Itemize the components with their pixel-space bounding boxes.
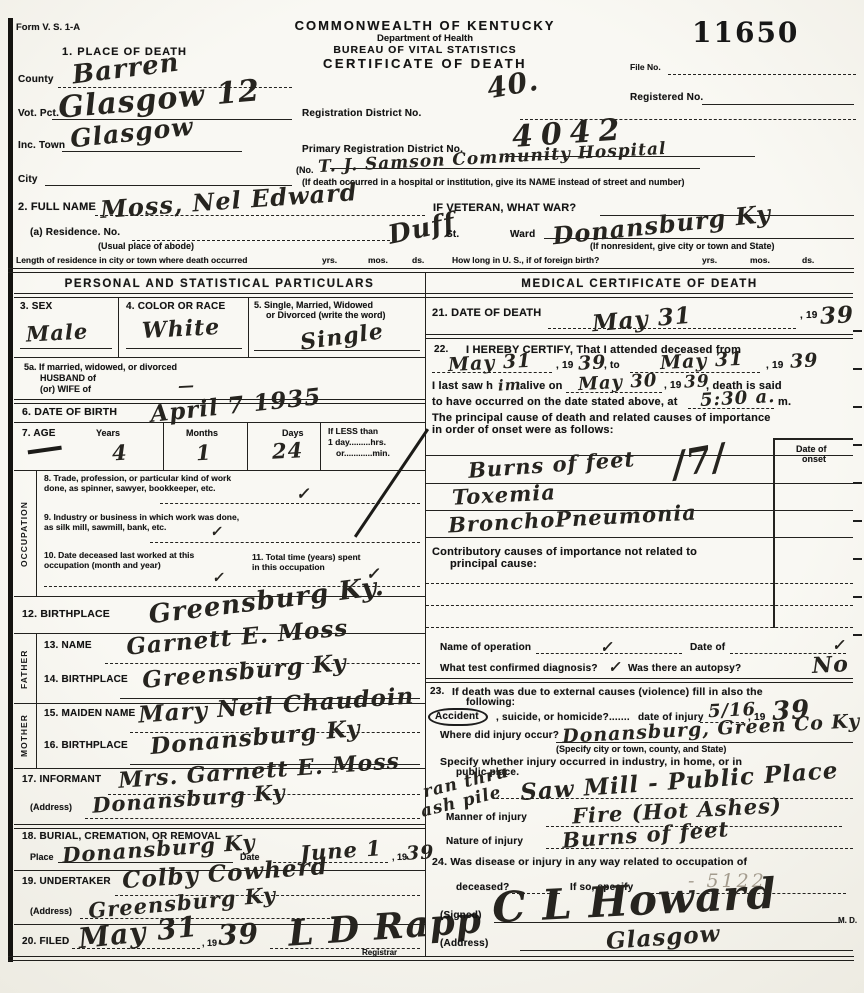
hospital-note: (If death occurred in a hospital or inst… xyxy=(302,177,685,187)
contributory-label-2: principal cause: xyxy=(450,558,537,570)
city-label: City xyxy=(18,174,38,185)
certificate-serial-number: 11650 xyxy=(692,16,799,49)
vot-pct-label: Vot. Pct. xyxy=(18,108,59,119)
father-side-label: FATHER xyxy=(19,645,29,693)
where-injury-note: (Specify city or town, county, and State… xyxy=(556,744,726,754)
certify-y19-c: , 19 xyxy=(664,380,681,391)
sex-label: 3. SEX xyxy=(20,301,52,312)
length-residence-label: Length of residence in city or town wher… xyxy=(16,255,247,265)
certify-line-3b: m. xyxy=(778,396,791,408)
personal-section-title: PERSONAL AND STATISTICAL PARTICULARS xyxy=(14,278,425,290)
left-border-bar xyxy=(8,18,13,962)
section-double-rule xyxy=(8,268,854,273)
burial-year-prefix: , 19 xyxy=(392,852,407,862)
occupation-side-label: OCCUPATION xyxy=(19,482,29,586)
physician-addr-line xyxy=(520,950,853,951)
header-center: COMMONWEALTH OF KENTUCKY Department of H… xyxy=(275,18,575,71)
q10-check: ✓ xyxy=(212,570,226,587)
row7-bottom xyxy=(14,470,425,471)
scan-edge-marks xyxy=(853,330,862,650)
mother-bp-label: 16. BIRTHPLACE xyxy=(44,740,128,751)
q8-check: ✓ xyxy=(296,484,311,504)
burial-year-value: 39 xyxy=(405,841,435,864)
autopsy-value: No xyxy=(811,651,849,679)
certify-from-line xyxy=(432,372,552,373)
street-label: St. xyxy=(446,229,459,240)
age-label: 7. AGE xyxy=(22,428,56,439)
accident-word: Accident xyxy=(428,708,488,726)
physician-md-suffix: M. D. xyxy=(838,916,857,925)
contributory-line-2 xyxy=(426,605,853,606)
row5-bottom xyxy=(14,357,425,358)
external-number: 23. xyxy=(430,686,445,697)
nature-line xyxy=(546,848,853,849)
birthplace-label: 12. BIRTHPLACE xyxy=(22,608,110,620)
ds-label-1: ds. xyxy=(412,255,424,265)
age-divider-2 xyxy=(247,423,248,470)
form-number: Form V. S. 1-A xyxy=(16,22,80,33)
county-label: County xyxy=(18,74,54,85)
veteran-label: IF VETERAN, WHAT WAR? xyxy=(433,202,576,214)
operation-date-label: Date of xyxy=(690,642,725,653)
where-injury-label: Where did injury occur? xyxy=(440,730,559,741)
age-less-label-3: or............min. xyxy=(336,448,390,458)
certify-line-4: The principal cause of death and related… xyxy=(432,412,771,424)
spouse-label-3: (or) WIFE of xyxy=(40,384,91,394)
undertaker-addr-label: (Address) xyxy=(30,906,72,916)
q8-line xyxy=(160,503,420,504)
age-divider-3 xyxy=(320,423,321,470)
date-of-birth-label: 6. DATE OF BIRTH xyxy=(22,406,117,418)
q11-label: 11. Total time (years) spent in this occ… xyxy=(252,552,362,572)
nonresident-note: (If nonresident, give city or town and S… xyxy=(590,241,775,251)
row6-bottom xyxy=(14,422,425,423)
abode-note: (Usual place of abode) xyxy=(98,241,194,251)
age-divider-1 xyxy=(163,423,164,470)
certify-line-3: to have occurred on the date stated abov… xyxy=(432,396,678,408)
informant-addr-label: (Address) xyxy=(30,802,72,812)
personal-title-rule xyxy=(14,293,425,298)
registered-no-label: Registered No. xyxy=(630,92,703,103)
age-less-label-2: 1 day.........hrs. xyxy=(328,437,386,447)
date-of-death-value: May 31 xyxy=(591,302,693,338)
father-bp-label: 14. BIRTHPLACE xyxy=(44,674,128,685)
informant-addr-line xyxy=(85,818,420,819)
contributory-line-3 xyxy=(426,627,853,628)
physician-addr-label: (Address) xyxy=(440,938,488,949)
q8-label: 8. Trade, profession, or particular kind… xyxy=(44,473,244,493)
yrs-label-2: yrs. xyxy=(702,255,717,265)
onset-box-top xyxy=(773,438,853,440)
q9-check: ✓ xyxy=(210,524,224,541)
row21-bottom xyxy=(426,334,853,339)
nature-label: Nature of injury xyxy=(446,836,523,847)
operation-label: Name of operation xyxy=(440,642,531,653)
hospital-no-prefix: (No. xyxy=(296,165,314,175)
inc-town-line xyxy=(62,151,242,152)
occupation-bar xyxy=(36,470,37,596)
cause-1: Burns of feet xyxy=(467,446,636,483)
marital-label-1: 5. Single, Married, Widowed xyxy=(254,300,373,310)
ward-label: Ward xyxy=(510,229,535,240)
filed-date-line xyxy=(72,948,200,949)
commonwealth-title: COMMONWEALTH OF KENTUCKY xyxy=(275,18,575,33)
certify-y39-a: 39 xyxy=(577,351,607,374)
race-line xyxy=(126,348,242,349)
certify-y39-b: 39 xyxy=(789,349,819,372)
spouse-label-1: 5a. If married, widowed, or divorced xyxy=(24,362,177,372)
race-value: White xyxy=(141,314,220,344)
registrar-label: Registrar xyxy=(362,948,397,957)
informant-bottom xyxy=(14,824,425,829)
onset-box-left xyxy=(773,438,775,628)
burial-place-label: Place xyxy=(30,852,54,862)
autopsy-bottom xyxy=(426,678,853,683)
spouse-label-2: HUSBAND of xyxy=(40,373,96,383)
race-label: 4. COLOR OR RACE xyxy=(126,301,225,312)
registrar-line xyxy=(270,948,420,949)
death-certificate-scan: Form V. S. 1-A 1. PLACE OF DEATH COMMONW… xyxy=(0,0,864,993)
hospital-name-line xyxy=(330,168,700,169)
bottom-double-rule xyxy=(8,956,854,961)
cell-divider-2 xyxy=(248,297,249,357)
signed-label: (Signed) xyxy=(440,910,482,921)
sex-value: Male xyxy=(25,318,88,346)
department-line: Department of Health xyxy=(275,33,575,44)
certify-line-5: in order of onset were as follows: xyxy=(432,424,614,436)
accident-circled: Accident xyxy=(428,706,488,726)
age-less-label-1: If LESS than xyxy=(328,426,378,436)
certify-line-2b: alive on xyxy=(520,380,563,392)
ds-label-2: ds. xyxy=(802,255,814,265)
mos-label-2: mos. xyxy=(750,255,770,265)
residence-label: (a) Residence. No. xyxy=(30,227,120,238)
test-label: What test confirmed diagnosis? xyxy=(440,663,598,674)
registered-no-line xyxy=(702,104,854,105)
onset-mark: /7/ xyxy=(669,436,730,487)
contributory-label-1: Contributory causes of importance not re… xyxy=(432,546,697,558)
autopsy-label: Was there an autopsy? xyxy=(628,663,741,674)
certify-him: im xyxy=(498,375,522,394)
q10-label: 10. Date deceased last worked at this oc… xyxy=(44,550,224,570)
yrs-label-1: yrs. xyxy=(322,255,337,265)
test-check: ✓ xyxy=(608,658,623,677)
certify-to-value: May 31 xyxy=(659,348,743,374)
spouse-value: — xyxy=(178,376,196,396)
mother-name-label: 15. MAIDEN NAME xyxy=(44,708,135,719)
age-days-value: 24 xyxy=(271,437,303,464)
us-length-label: How long in U. S., if of foreign birth? xyxy=(452,255,599,265)
father-bar xyxy=(36,633,37,703)
undertaker-label: 19. UNDERTAKER xyxy=(22,876,111,887)
dod-year-value: 39 xyxy=(819,301,854,330)
mother-side-label: MOTHER xyxy=(19,712,29,760)
sex-line xyxy=(20,348,112,349)
medical-section-title: MEDICAL CERTIFICATE OF DEATH xyxy=(426,278,853,290)
medical-title-rule xyxy=(426,293,853,298)
certify-saw-value: May 30 xyxy=(578,370,658,395)
q9-line xyxy=(150,542,420,543)
cell-divider-1 xyxy=(118,297,119,357)
marital-label-2: or Divorced (write the word) xyxy=(266,310,386,320)
inc-town-label: Inc. Town xyxy=(18,140,65,151)
registration-district-label: Registration District No. xyxy=(302,108,421,119)
manner-label: Manner of injury xyxy=(446,812,527,823)
mother-bar xyxy=(36,703,37,769)
dod-year-prefix: , 19 xyxy=(800,310,817,321)
certify-y19-b: , 19 xyxy=(766,360,783,371)
date-of-death-label: 21. DATE OF DEATH xyxy=(432,307,541,319)
cause-2: Toxemia xyxy=(451,479,556,509)
certify-y19-a: , 19 xyxy=(556,360,573,371)
age-months-value: 1 xyxy=(195,440,212,466)
full-name-label: 2. FULL NAME xyxy=(18,201,96,213)
age-ink-scrawl xyxy=(28,446,63,459)
operation-check: ✓ xyxy=(600,638,615,657)
certify-line-2a: I last saw h xyxy=(432,380,493,392)
filed-year-value: 39 xyxy=(217,917,260,952)
external-rest: , suicide, or homicide?....... xyxy=(496,712,630,723)
age-years-label: Years xyxy=(96,428,120,438)
ward-line xyxy=(544,238,854,239)
age-months-label: Months xyxy=(186,428,218,438)
file-no-line xyxy=(668,74,856,75)
certify-time-line xyxy=(688,408,774,409)
contributory-line-1 xyxy=(426,583,853,584)
q24-line-1: 24. Was disease or injury in any way rel… xyxy=(432,856,747,868)
certify-to-word: , to xyxy=(604,360,620,371)
cause-line-4 xyxy=(426,537,853,538)
onset-label-1: Date of xyxy=(796,444,827,454)
filed-label: 20. FILED xyxy=(22,936,69,947)
age-years-value: 4 xyxy=(111,440,128,466)
file-no-label: File No. xyxy=(630,62,661,72)
marital-line xyxy=(254,350,420,351)
informant-label: 17. INFORMANT xyxy=(22,774,101,785)
mos-label-1: mos. xyxy=(368,255,388,265)
filed-year-prefix: , 19 xyxy=(202,938,217,948)
where-injury-line xyxy=(556,742,853,743)
certify-number: 22. xyxy=(434,344,449,355)
father-name-label: 13. NAME xyxy=(44,640,92,651)
bureau-line: BUREAU OF VITAL STATISTICS xyxy=(275,44,575,56)
full-name-line xyxy=(95,215,425,216)
